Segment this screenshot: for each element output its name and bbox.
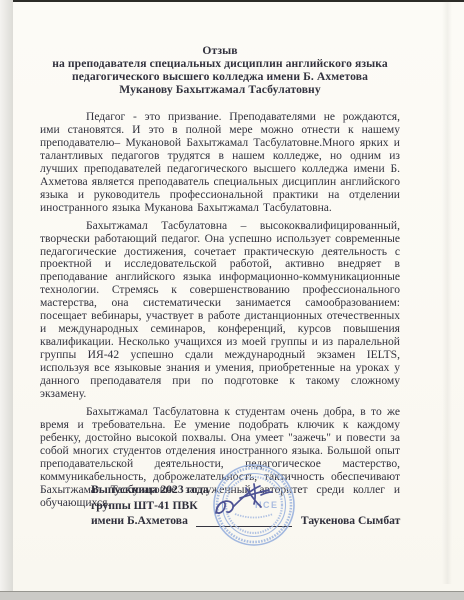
title-line-teacher-name: Муканову Бахытжамал Тасбулатовну [40,83,400,96]
scanned-document-page: Отзыв на преподавателя специальных дисци… [13,0,464,592]
paragraph-intro: Педагог - это призвание. Преподавателями… [40,111,400,215]
handwritten-signature-icon [209,477,301,523]
page-fold-shadow [442,0,452,584]
signatory-line-college: имени Б.Ахметова [91,513,188,529]
title-line-type: Отзыв [40,44,400,57]
scan-edge-bottom-strip [0,591,464,600]
title-line-subject: на преподавателя специальных дисциплин а… [40,57,400,70]
signatory-name: Таукенова Сымбат [301,513,400,529]
title-line-college: педагогического высшего колледжа имени Б… [40,70,400,83]
document-content: Отзыв на преподавателя специальных дисци… [40,0,400,515]
scan-edge-left-strip [0,0,13,600]
paragraph-qualifications: Бахытжамал Тасбулатовна – высококвалифиц… [40,220,400,401]
document-title: Отзыв на преподавателя специальных дисци… [40,44,400,96]
